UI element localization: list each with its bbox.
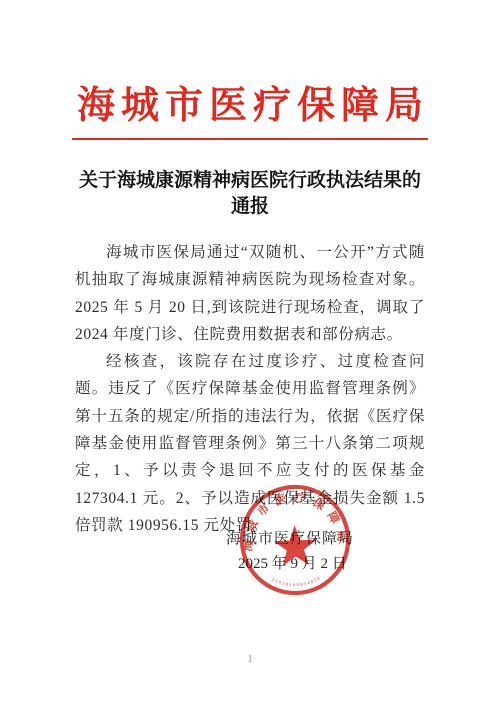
star-icon: [273, 524, 317, 566]
letterhead-agency-name: 海城市医疗保障局: [0, 74, 500, 129]
body-paragraph-1: 海城市医保局通过“双随机、一公开”方式随机抽取了海城康源精神病医院为现场检查对象…: [75, 239, 425, 348]
letterhead-divider: [72, 138, 428, 140]
document-page: 海城市医疗保障局 关于海城康源精神病医院行政执法结果的 通报 海城市医保局通过“…: [0, 0, 500, 707]
document-title: 关于海城康源精神病医院行政执法结果的 通报: [40, 168, 460, 220]
document-title-line2: 通报: [40, 194, 460, 220]
document-title-line1: 关于海城康源精神病医院行政执法结果的: [40, 168, 460, 194]
page-number: 1: [0, 654, 500, 665]
official-seal-stamp: 海城市医疗保障局 21038100034858: [235, 480, 355, 600]
